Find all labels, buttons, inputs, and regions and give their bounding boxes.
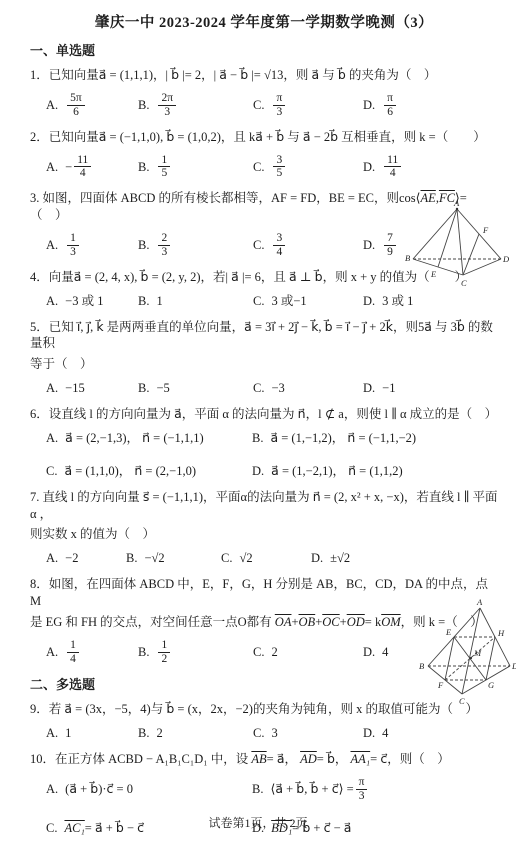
- option-d: D.114: [363, 153, 498, 182]
- page-footer: 试卷第1页，共 2页: [0, 815, 516, 831]
- vertex-label-b: B: [405, 253, 410, 263]
- option-d: D.±√2: [311, 550, 498, 567]
- option-d: D.−1: [363, 380, 498, 397]
- option-c: C.2: [253, 644, 363, 661]
- vertex-label-e: E: [430, 269, 437, 279]
- question-1-stem: 1．已知向量a⃗ = (1,1,1)，| b⃗ |= 2，| a⃗ − b⃗ |…: [30, 67, 498, 84]
- vertex-label-b: B: [419, 661, 424, 671]
- question-5-stem: 5．已知 i⃗, j⃗, k⃗ 是两两垂直的单位向量，a⃗ = 3i⃗ + 2j…: [30, 319, 498, 353]
- option-a: A.14: [46, 638, 138, 667]
- option-b: B.15: [138, 153, 253, 182]
- vertex-label-a: A: [453, 198, 460, 208]
- question-2-options: A.−114 B.15 C.35 D.114: [30, 153, 498, 182]
- question-1: 1．已知向量a⃗ = (1,1,1)，| b⃗ |= 2，| a⃗ − b⃗ |…: [30, 67, 498, 120]
- vertex-label-d: D: [511, 661, 516, 671]
- vertex-label-a: A: [476, 597, 483, 607]
- question-7: 7. 直线 l 的方向向量 s⃗ = (−1,1,1)，平面α的法向量为 n⃗ …: [30, 489, 498, 568]
- question-4-options: A.−3 或 1 B.1 C.3 或−1 D.3 或 1: [30, 293, 498, 310]
- option-a: A.−2: [46, 550, 126, 567]
- option-d: D.π6: [363, 91, 498, 120]
- option-c: C.3: [253, 725, 363, 742]
- question-7-stem-line2: 则实数 x 的值为（ ）: [30, 526, 498, 543]
- option-a: A.−114: [46, 153, 138, 182]
- vertex-label-c: C: [461, 278, 467, 288]
- vertex-label-d: D: [502, 254, 509, 264]
- option-c: C.π3: [253, 91, 363, 120]
- vertex-label-g: G: [488, 680, 494, 690]
- section-single-choice: 一、单选题: [30, 42, 498, 60]
- question-9: 9．若 a⃗ = (3x，−5，4)与 b⃗ = (x，2x，−2)的夹角为钝角…: [30, 701, 498, 742]
- vertex-label-f: F: [437, 680, 444, 690]
- option-b: B.−√2: [126, 550, 221, 567]
- question-6-stem: 6．设直线 l 的方向向量为 a⃗，平面 α 的法向量为 n⃗，l ⊄ a，则使…: [30, 406, 498, 423]
- question-6: 6．设直线 l 的方向向量为 a⃗，平面 α 的法向量为 n⃗，l ⊄ a，则使…: [30, 406, 498, 480]
- option-b: B.12: [138, 638, 253, 667]
- question-9-options: A.1 B.2 C.3 D.4: [30, 725, 498, 742]
- option-a: A.13: [46, 231, 138, 260]
- option-b: B.2: [138, 725, 253, 742]
- option-c: C.√2: [221, 550, 311, 567]
- option-a: A.a⃗ = (2,−1,3)， n⃗ = (−1,1,1): [46, 430, 252, 447]
- option-a: A.5π6: [46, 91, 138, 120]
- question-2-stem: 2．已知向量a⃗ = (−1,1,0), b⃗ = (1,0,2)，且 ka⃗ …: [30, 129, 498, 146]
- option-b: B.2π3: [138, 91, 253, 120]
- question-1-options: A.5π6 B.2π3 C.π3 D.π6: [30, 91, 498, 120]
- option-b: B.−5: [138, 380, 253, 397]
- tetrahedron-figure-q3: A B C D E F: [405, 197, 509, 289]
- vertex-label-h: H: [497, 628, 505, 638]
- question-7-options: A.−2 B.−√2 C.√2 D.±√2: [30, 550, 498, 567]
- option-b: B.⟨a⃗ + b⃗, b⃗ + c⃗⟩ = π3: [252, 775, 498, 804]
- page-title: 肇庆一中 2023-2024 学年度第一学期数学晚测（3）: [30, 14, 498, 34]
- option-b: B.1: [138, 293, 253, 310]
- option-d: D.3 或 1: [363, 293, 498, 310]
- option-c: C.34: [253, 231, 363, 260]
- exam-page: 肇庆一中 2023-2024 学年度第一学期数学晚测（3） 一、单选题 1．已知…: [0, 0, 516, 857]
- option-c: C.−3: [253, 380, 363, 397]
- option-a: A.−3 或 1: [46, 293, 138, 310]
- option-c: C.3 或−1: [253, 293, 363, 310]
- question-5: 5．已知 i⃗, j⃗, k⃗ 是两两垂直的单位向量，a⃗ = 3i⃗ + 2j…: [30, 319, 498, 398]
- tetrahedron-figure-q8: A B C D E F G H M: [416, 596, 516, 706]
- question-7-stem: 7. 直线 l 的方向向量 s⃗ = (−1,1,1)，平面α的法向量为 n⃗ …: [30, 489, 498, 523]
- option-b: B.23: [138, 231, 253, 260]
- option-d: D.a⃗ = (1,−2,1)， n⃗ = (1,1,2): [252, 463, 498, 480]
- question-10-stem: 10．在正方体 ACBD − A₁B₁C₁D₁ 中，设 AB= a⃗， AD= …: [30, 751, 498, 768]
- vertex-label-e: E: [445, 627, 452, 637]
- option-d: D.4: [363, 725, 498, 742]
- option-c: C.a⃗ = (1,1,0)， n⃗ = (2,−1,0): [46, 463, 252, 480]
- option-b: B.a⃗ = (1,−1,2)， n⃗ = (−1,1,−2): [252, 430, 498, 447]
- option-a: A.−15: [46, 380, 138, 397]
- vertex-label-f: F: [482, 225, 489, 235]
- question-6-options: A.a⃗ = (2,−1,3)， n⃗ = (−1,1,1) B.a⃗ = (1…: [30, 430, 498, 480]
- option-c: C.35: [253, 153, 363, 182]
- option-a: A.1: [46, 725, 138, 742]
- question-2: 2．已知向量a⃗ = (−1,1,0), b⃗ = (1,0,2)，且 ka⃗ …: [30, 129, 498, 182]
- vertex-label-m: M: [473, 648, 482, 658]
- vertex-label-c: C: [459, 696, 465, 706]
- option-a: A.(a⃗ + b⃗)·c⃗ = 0: [46, 781, 252, 798]
- question-5-options: A.−15 B.−5 C.−3 D.−1: [30, 380, 498, 397]
- question-5-stem-line2: 等于（ ）: [30, 356, 498, 373]
